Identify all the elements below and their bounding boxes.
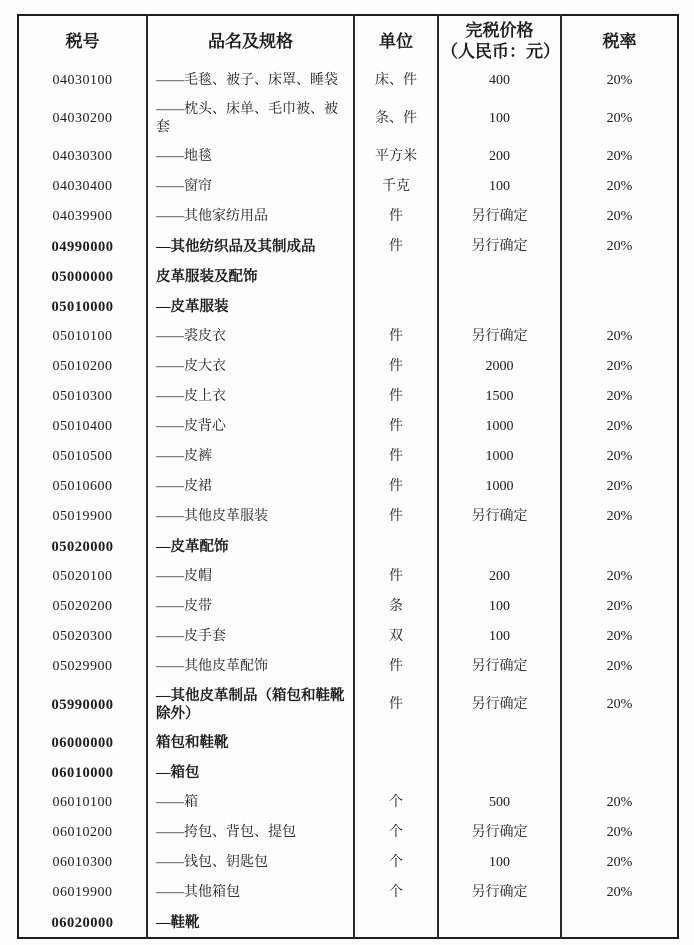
tax-rate-cell: 20% [561,232,678,262]
unit-cell: 件 [354,412,438,442]
tax-rate-cell: 20% [561,682,678,728]
item-name-cell: ——其他皮革配饰 [147,652,354,682]
tax-rate-cell: 20% [561,592,678,622]
item-name-cell: ——皮大衣 [147,352,354,382]
tariff-document-page: 税号 品名及规格 单位 完税价格 （人民币：元） 税率 04030100——毛毯… [0,0,694,945]
tax-code-cell: 05010300 [18,382,147,412]
dutiable-price-cell: 100 [438,592,561,622]
tax-rate-cell [561,728,678,758]
tax-code-cell: 05020000 [18,532,147,562]
tax-rate-cell: 20% [561,442,678,472]
tax-code-cell: 06010100 [18,788,147,818]
tax-code-cell: 05020200 [18,592,147,622]
tax-code-cell: 05010400 [18,412,147,442]
item-name-cell: —皮革配饰 [147,532,354,562]
dutiable-price-cell: 1500 [438,382,561,412]
section-row: 04990000—其他纺织品及其制成品件另行确定20% [18,232,678,262]
tax-rate-cell: 20% [561,202,678,232]
item-name-cell: ——皮帽 [147,562,354,592]
unit-cell: 条 [354,592,438,622]
item-row: 05019900——其他皮革服装件另行确定20% [18,502,678,532]
tax-code-cell: 04990000 [18,232,147,262]
tax-code-cell: 05020100 [18,562,147,592]
tax-rate-cell: 20% [561,412,678,442]
tax-code-cell: 04030400 [18,172,147,202]
tax-code-cell: 05010000 [18,292,147,322]
item-name-cell: —鞋靴 [147,908,354,938]
tax-rate-cell: 20% [561,322,678,352]
unit-cell [354,728,438,758]
section-row: 06010000—箱包 [18,758,678,788]
unit-cell [354,908,438,938]
unit-cell: 个 [354,788,438,818]
dutiable-price-cell: 另行确定 [438,652,561,682]
item-name-cell: ——其他箱包 [147,878,354,908]
item-name-cell: —其他纺织品及其制成品 [147,232,354,262]
tax-rate-cell: 20% [561,172,678,202]
section-row: 06020000—鞋靴 [18,908,678,938]
dutiable-price-cell [438,758,561,788]
item-row: 04030100——毛毯、被子、床罩、睡袋床、件40020% [18,66,678,96]
tax-code-cell: 06010200 [18,818,147,848]
item-name-cell: ——皮裤 [147,442,354,472]
header-unit: 单位 [354,15,438,66]
tax-code-cell: 05010100 [18,322,147,352]
unit-cell: 件 [354,232,438,262]
tax-code-cell: 06000000 [18,728,147,758]
item-name-cell: ——钱包、钥匙包 [147,848,354,878]
item-name-cell: —其他皮革制品（箱包和鞋靴除外） [147,682,354,728]
tax-rate-cell: 20% [561,96,678,142]
tax-rate-cell: 20% [561,622,678,652]
unit-cell: 件 [354,382,438,412]
dutiable-price-cell: 200 [438,562,561,592]
tax-rate-cell: 20% [561,848,678,878]
tax-rate-cell: 20% [561,472,678,502]
tax-rate-cell: 20% [561,878,678,908]
tax-rate-cell: 20% [561,382,678,412]
item-name-cell: ——毛毯、被子、床罩、睡袋 [147,66,354,96]
tax-code-cell: 04030100 [18,66,147,96]
dutiable-price-cell: 另行确定 [438,322,561,352]
tax-code-cell: 05010200 [18,352,147,382]
unit-cell [354,262,438,292]
unit-cell: 个 [354,848,438,878]
unit-cell: 件 [354,652,438,682]
item-row: 04030300——地毯平方米20020% [18,142,678,172]
item-row: 05010500——皮裤件100020% [18,442,678,472]
header-price-line1: 完税价格 [441,20,558,41]
dutiable-price-cell: 100 [438,96,561,142]
item-name-cell: ——其他家纺用品 [147,202,354,232]
unit-cell: 件 [354,502,438,532]
item-row: 04039900——其他家纺用品件另行确定20% [18,202,678,232]
header-rate: 税率 [561,15,678,66]
unit-cell: 件 [354,322,438,352]
tax-code-cell: 04030300 [18,142,147,172]
item-name-cell: ——皮手套 [147,622,354,652]
dutiable-price-cell: 1000 [438,472,561,502]
item-name-cell: 皮革服装及配饰 [147,262,354,292]
item-name-cell: —皮革服装 [147,292,354,322]
dutiable-price-cell [438,262,561,292]
dutiable-price-cell: 400 [438,66,561,96]
item-name-cell: ——箱 [147,788,354,818]
section-row: 06000000箱包和鞋靴 [18,728,678,758]
tax-rate-cell [561,532,678,562]
unit-cell: 件 [354,562,438,592]
item-row: 05010200——皮大衣件200020% [18,352,678,382]
item-name-cell: ——皮裙 [147,472,354,502]
item-row: 05010100——裘皮衣件另行确定20% [18,322,678,352]
dutiable-price-cell [438,728,561,758]
dutiable-price-cell: 100 [438,622,561,652]
tax-code-cell: 06020000 [18,908,147,938]
unit-cell: 双 [354,622,438,652]
dutiable-price-cell: 500 [438,788,561,818]
tax-code-cell: 05990000 [18,682,147,728]
unit-cell: 个 [354,878,438,908]
item-row: 06010200——挎包、背包、提包个另行确定20% [18,818,678,848]
tax-rate-cell: 20% [561,562,678,592]
tax-code-cell: 06010300 [18,848,147,878]
header-row: 税号 品名及规格 单位 完税价格 （人民币：元） 税率 [18,15,678,66]
tax-code-cell: 04030200 [18,96,147,142]
dutiable-price-cell [438,532,561,562]
item-row: 04030200——枕头、床单、毛巾被、被套条、件10020% [18,96,678,142]
unit-cell: 件 [354,202,438,232]
unit-cell: 个 [354,818,438,848]
item-name-cell: ——皮带 [147,592,354,622]
item-row: 05010400——皮背心件100020% [18,412,678,442]
tax-code-cell: 05010600 [18,472,147,502]
dutiable-price-cell: 1000 [438,442,561,472]
item-row: 05010600——皮裙件100020% [18,472,678,502]
item-row: 06019900——其他箱包个另行确定20% [18,878,678,908]
dutiable-price-cell: 1000 [438,412,561,442]
unit-cell: 床、件 [354,66,438,96]
tax-rate-cell: 20% [561,788,678,818]
item-row: 05010300——皮上衣件150020% [18,382,678,412]
unit-cell: 件 [354,682,438,728]
item-name-cell: ——皮上衣 [147,382,354,412]
tax-code-cell: 05029900 [18,652,147,682]
item-name-cell: —箱包 [147,758,354,788]
unit-cell: 千克 [354,172,438,202]
tax-rate-cell: 20% [561,818,678,848]
item-row: 05020100——皮帽件20020% [18,562,678,592]
unit-cell: 件 [354,442,438,472]
dutiable-price-cell: 另行确定 [438,818,561,848]
tariff-table-body: 04030100——毛毯、被子、床罩、睡袋床、件40020%04030200——… [18,66,678,938]
item-name-cell: 箱包和鞋靴 [147,728,354,758]
tax-code-cell: 05019900 [18,502,147,532]
item-row: 05020200——皮带条10020% [18,592,678,622]
unit-cell: 平方米 [354,142,438,172]
dutiable-price-cell: 另行确定 [438,878,561,908]
dutiable-price-cell: 另行确定 [438,682,561,728]
section-row: 05000000皮革服装及配饰 [18,262,678,292]
item-name-cell: ——挎包、背包、提包 [147,818,354,848]
unit-cell: 件 [354,472,438,502]
tariff-table: 税号 品名及规格 单位 完税价格 （人民币：元） 税率 04030100——毛毯… [17,14,679,939]
tax-code-cell: 06019900 [18,878,147,908]
unit-cell: 条、件 [354,96,438,142]
dutiable-price-cell [438,292,561,322]
tax-rate-cell [561,262,678,292]
dutiable-price-cell: 另行确定 [438,232,561,262]
header-price-line2: （人民币：元） [441,41,558,62]
item-name-cell: ——其他皮革服装 [147,502,354,532]
unit-cell [354,532,438,562]
dutiable-price-cell: 100 [438,172,561,202]
dutiable-price-cell: 100 [438,848,561,878]
item-row: 06010100——箱个50020% [18,788,678,818]
dutiable-price-cell [438,908,561,938]
tax-code-cell: 05000000 [18,262,147,292]
tax-code-cell: 05010500 [18,442,147,472]
tax-rate-cell: 20% [561,66,678,96]
item-name-cell: ——皮背心 [147,412,354,442]
dutiable-price-cell: 200 [438,142,561,172]
tax-rate-cell: 20% [561,502,678,532]
item-row: 06010300——钱包、钥匙包个10020% [18,848,678,878]
header-item-name: 品名及规格 [147,15,354,66]
unit-cell [354,758,438,788]
unit-cell: 件 [354,352,438,382]
item-name-cell: ——裘皮衣 [147,322,354,352]
item-row: 05029900——其他皮革配饰件另行确定20% [18,652,678,682]
section-row: 05010000—皮革服装 [18,292,678,322]
tax-code-cell: 04039900 [18,202,147,232]
item-name-cell: ——地毯 [147,142,354,172]
header-price: 完税价格 （人民币：元） [438,15,561,66]
dutiable-price-cell: 另行确定 [438,502,561,532]
section-row: 05020000—皮革配饰 [18,532,678,562]
tax-rate-cell: 20% [561,352,678,382]
dutiable-price-cell: 2000 [438,352,561,382]
item-name-cell: ——枕头、床单、毛巾被、被套 [147,96,354,142]
item-name-cell: ——窗帘 [147,172,354,202]
item-row: 05020300——皮手套双10020% [18,622,678,652]
tax-rate-cell: 20% [561,142,678,172]
item-row: 04030400——窗帘千克10020% [18,172,678,202]
header-tax-code: 税号 [18,15,147,66]
dutiable-price-cell: 另行确定 [438,202,561,232]
section-row: 05990000—其他皮革制品（箱包和鞋靴除外）件另行确定20% [18,682,678,728]
tax-rate-cell [561,292,678,322]
tax-code-cell: 05020300 [18,622,147,652]
tax-code-cell: 06010000 [18,758,147,788]
tax-rate-cell: 20% [561,652,678,682]
unit-cell [354,292,438,322]
tax-rate-cell [561,758,678,788]
tax-rate-cell [561,908,678,938]
